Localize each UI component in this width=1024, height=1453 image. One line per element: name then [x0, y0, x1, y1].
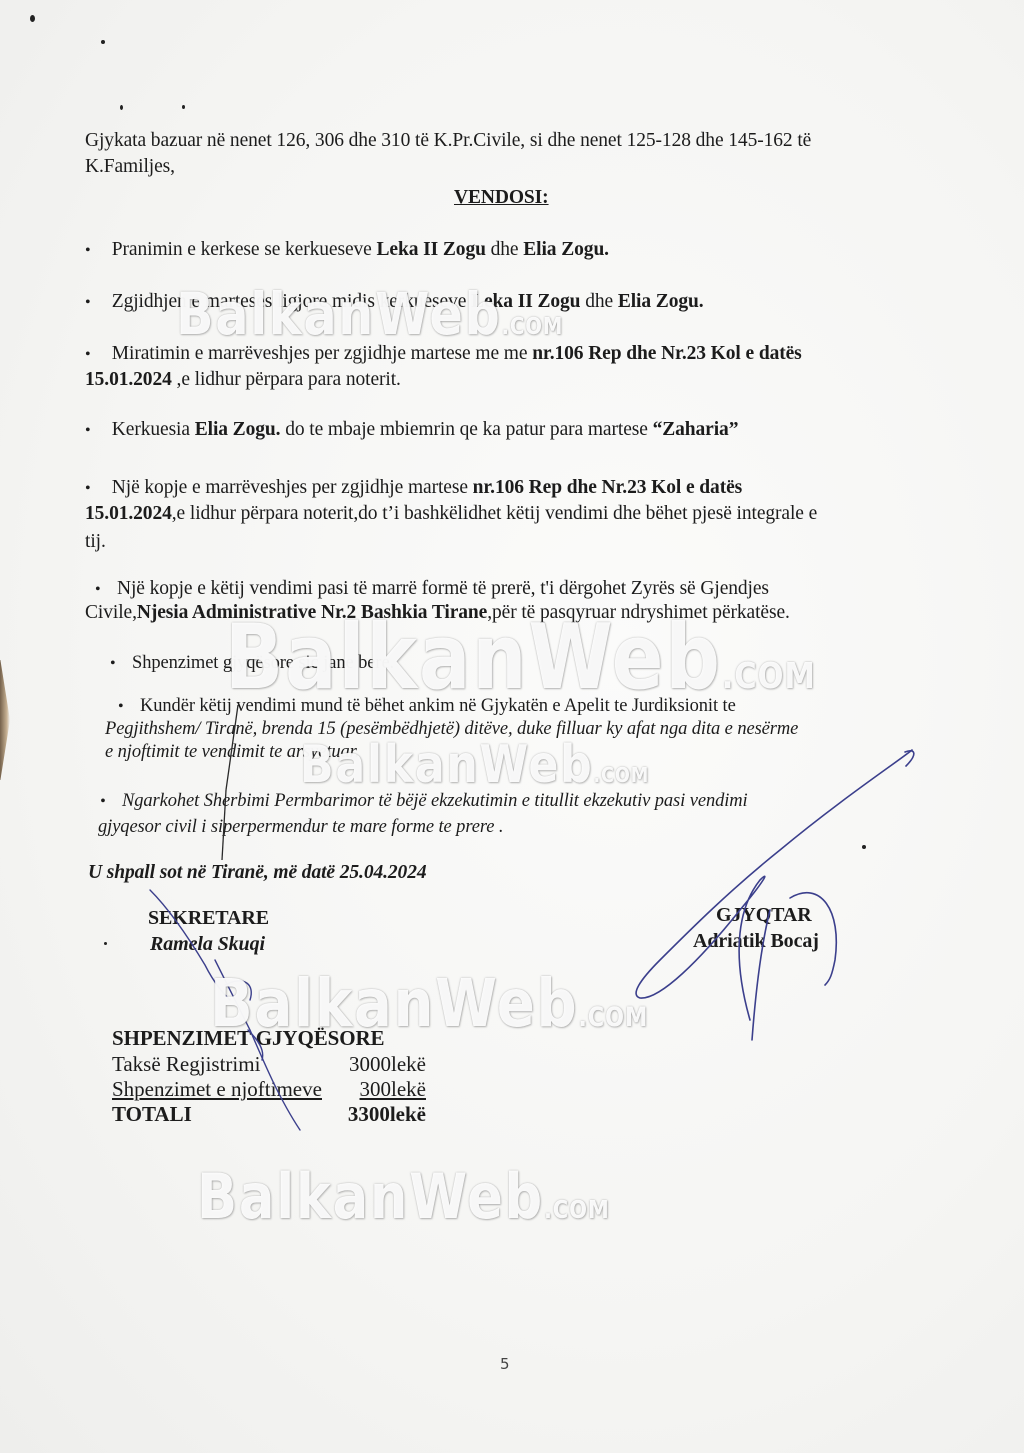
scan-speck	[101, 40, 105, 44]
secretary-title: SEKRETARE	[148, 905, 269, 931]
decision-item: Një kopje e këtij vendimi pasi të marrë …	[95, 576, 769, 603]
item-bold: Njesia Administrative Nr.2 Bashkia Tiran…	[137, 602, 487, 623]
cost-amount: 3000lekë	[349, 1052, 426, 1076]
item-text: Civile,	[85, 602, 137, 623]
costs-row: Shpenzimet e njoftimeve 300lekë	[112, 1077, 426, 1101]
item-bold: Elia Zogu.	[618, 291, 704, 312]
decision-item: Pranimin e kerkese se kerkueseve Leka II…	[85, 237, 609, 264]
item-text: do te mbaje mbiemrin qe ka patur para ma…	[280, 419, 652, 440]
item-text: dhe	[486, 239, 523, 260]
decision-item-cont: Civile,Njesia Administrative Nr.2 Bashki…	[85, 600, 790, 626]
scan-speck	[182, 105, 185, 109]
decision-item: Ngarkohet Sherbimi Permbarimor të bëjë e…	[100, 788, 748, 815]
cost-total-amount: 3300lekë	[348, 1102, 426, 1126]
item-bold: Elia Zogu.	[195, 419, 281, 440]
item-bold: e datës	[741, 343, 802, 364]
costs-title: SHPENZIMET GJYQËSORE	[112, 1025, 384, 1051]
announcement: U shpall sot në Tiranë, më datë 25.04.20…	[88, 860, 427, 886]
intro-text-2: K.Familjes,	[85, 156, 175, 177]
intro-line: Gjykata bazuar në nenet 126, 306 dhe 310…	[85, 128, 928, 154]
item-text: Miratimin e marrëveshjes per zgjidhje ma…	[112, 343, 532, 364]
judge-name: Adriatik Bocaj	[693, 928, 819, 954]
cost-label: Shpenzimet e njoftimeve	[112, 1077, 322, 1101]
item-text: dhe	[580, 291, 617, 312]
decision-item-cont: 15.01.2024,e lidhur përpara noterit,do t…	[85, 501, 817, 527]
decision-item: Një kopje e marrëveshjes per zgjidhje ma…	[85, 475, 742, 502]
item-text: ,për të pasqyruar ndryshimet përkatëse.	[487, 602, 790, 623]
item-text: ,e lidhur përpara noterit,do t’i bashkël…	[172, 503, 817, 524]
item-text: ,e lidhur përpara para noterit.	[172, 369, 401, 390]
item-bold: 15.01.2024	[85, 503, 172, 524]
judge-title: GJYQTAR	[716, 902, 812, 928]
costs-row: Taksë Regjistrimi 3000lekë	[112, 1052, 426, 1076]
item-bold: nr.106 Rep dhe Nr.23 Kol	[473, 477, 682, 498]
intro-line-2: K.Familjes,	[85, 154, 175, 180]
item-bold: Leka II Zogu	[377, 239, 486, 260]
scan-speck	[120, 105, 123, 110]
decision-item-cont: gjyqesor civil i siperpermendur te mare …	[98, 814, 503, 840]
cost-total-label: TOTALI	[112, 1102, 192, 1126]
item-bold: 15.01.2024	[85, 369, 172, 390]
decision-item: Zgjidhjen e marteses ligjore midis kerku…	[85, 289, 704, 316]
item-text: Një kopje e marrëveshjes per zgjidhje ma…	[112, 477, 473, 498]
secretary-name: Ramela Skuqi	[150, 931, 265, 957]
item-bold: “Zaharia”	[653, 419, 739, 440]
scan-speck	[862, 845, 866, 849]
decision-item-cont: tij.	[85, 529, 106, 555]
decision-item: Miratimin e marrëveshjes per zgjidhje ma…	[85, 341, 928, 368]
item-text: Kerkuesia	[112, 419, 195, 440]
cost-label: Taksë Regjistrimi	[112, 1052, 260, 1076]
cost-amount: 300lekë	[360, 1077, 426, 1101]
intro-text: Gjykata bazuar në nenet 126, 306 dhe 310…	[85, 130, 811, 151]
item-bold: Elia Zogu.	[523, 239, 609, 260]
item-bold: Leka II Zogu	[471, 291, 580, 312]
decision-item-cont: 15.01.2024 ,e lidhur përpara para noteri…	[85, 367, 401, 393]
decision-heading: VENDOSI:	[454, 185, 549, 211]
costs-total-row: TOTALI 3300lekë	[112, 1102, 426, 1126]
item-text: Zgjidhjen e marteses ligjore midis kerku…	[112, 291, 471, 312]
scan-speck	[104, 942, 107, 945]
item-text: Pranimin e kerkese se kerkueseve	[112, 239, 377, 260]
item-bold: e datës	[681, 477, 742, 498]
item-bold: nr.106 Rep dhe Nr.23 Kol	[532, 343, 741, 364]
decision-item: Kerkuesia Elia Zogu. do te mbaje mbiemri…	[85, 417, 738, 444]
scan-speck	[30, 15, 35, 22]
decision-item-cont: e njoftimit te vendimit te arsyetuar.	[105, 739, 359, 765]
page-number: 5	[500, 1355, 510, 1373]
decision-item: Shpenzimet gjyqësore sic jane bere.	[110, 650, 394, 677]
